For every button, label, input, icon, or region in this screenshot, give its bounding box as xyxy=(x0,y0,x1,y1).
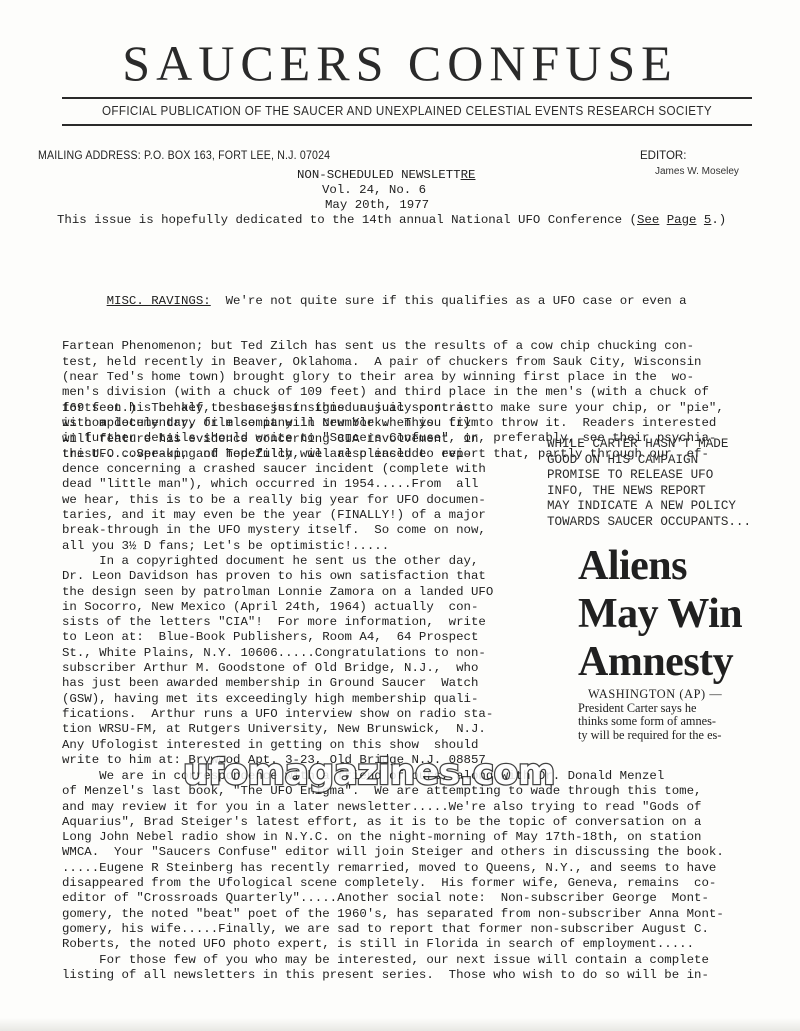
headline-line: Aliens xyxy=(578,542,742,590)
dedication-text: This issue is hopefully dedicated to the… xyxy=(57,213,637,227)
body-line: we hear, this is to be a really big year… xyxy=(62,493,493,508)
clipping-headline: AliensMay WinAmnesty xyxy=(578,542,742,686)
body-line: Aquarius", Brad Steiger's latest effort,… xyxy=(62,815,724,830)
body-line: has just been awarded membership in Grou… xyxy=(62,676,493,691)
body-line: sists of the letters "CIA"! For more inf… xyxy=(62,615,493,630)
clipping-body-line: President Carter says he xyxy=(578,702,738,716)
body-line: (near Ted's home town) brought glory to … xyxy=(62,370,724,385)
body-line: Roberts, the noted UFO photo expert, is … xyxy=(62,937,724,952)
editor-name: James W. Moseley xyxy=(655,166,739,177)
dedication-page: Page xyxy=(667,213,697,227)
clipping-body-line: thinks some form of amnes- xyxy=(578,715,738,729)
sidebar-note-line: GOOD ON HIS CAMPAIGN xyxy=(547,453,751,469)
body-bottom: We are in correspondence with a friend o… xyxy=(62,769,724,983)
body-line: editor of "Crossroads Quarterly".....Ano… xyxy=(62,891,724,906)
clipping-dateline: WASHINGTON (AP) — xyxy=(578,688,738,702)
clipping-body-lines: President Carter says hethinks some form… xyxy=(578,702,738,743)
body-line: break-through in the UFO mystery itself.… xyxy=(62,523,493,538)
body-line: tion WRSU-FM, at Rutgers University, New… xyxy=(62,722,493,737)
body-line: to Leon at: Blue-Book Publishers, Room A… xyxy=(62,630,493,645)
newsletter-label-text: NON-SCHEDULED NEWSLETT xyxy=(297,168,461,182)
sidebar-editorial-note: WHILE CARTER HASN'T MADEGOOD ON HIS CAMP… xyxy=(547,437,751,531)
body-line: the UFO cover-up, and hopefully will als… xyxy=(62,447,493,462)
newsletter-label: NON-SCHEDULED NEWSLETTRE xyxy=(297,168,475,183)
body-line: In a copyrighted document he sent us the… xyxy=(62,554,493,569)
body-line: in Socorro, New Mexico (April 24th, 1964… xyxy=(62,600,493,615)
body-line: Long John Nebel radio show in N.Y.C. on … xyxy=(62,830,724,845)
body-line: fications. Arthur runs a UFO interview s… xyxy=(62,707,493,722)
body-line: will feature his evidence concerning CIA… xyxy=(62,432,493,447)
sidebar-note-line: INFO, THE NEWS REPORT xyxy=(547,484,751,500)
body-line: with a documentary film company in New Y… xyxy=(62,416,493,431)
body-line: .....Eugene R Steinberg has recently rem… xyxy=(62,861,724,876)
clipping-body-line: ty will be required for the es- xyxy=(578,729,738,743)
body-line: We're not quite sure if this qualifies a… xyxy=(211,294,687,308)
body-line: taries, and it may even be the year (FIN… xyxy=(62,508,493,523)
masthead-rule-bottom xyxy=(62,124,752,126)
body-line: disappeared from the Ufological scene co… xyxy=(62,876,724,891)
body-line: and may review it for you in a later new… xyxy=(62,800,724,815)
issue-volume: Vol. 24, No. 6 xyxy=(322,183,426,198)
body-line: Any Ufologist interested in getting on t… xyxy=(62,738,493,753)
body-line: subscriber Arthur M. Goodstone of Old Br… xyxy=(62,661,493,676)
headline-line: Amnesty xyxy=(578,638,742,686)
body-line: (GSW), having met its exceedingly high m… xyxy=(62,692,493,707)
body-first-line: MISC. RAVINGS: We're not quite sure if t… xyxy=(62,294,724,309)
masthead-rule-top xyxy=(62,97,752,99)
clipping-body: WASHINGTON (AP) — President Carter says … xyxy=(578,688,738,742)
body-line: gomery, his wife.....Finally, we are sad… xyxy=(62,922,724,937)
sidebar-note-line: MAY INDICATE A NEW POLICY xyxy=(547,499,751,515)
body-line: dead "little man"), which occurred in 19… xyxy=(62,477,493,492)
editor-label: EDITOR: xyxy=(640,150,686,162)
body-line: forts on his behalf, he has just signed … xyxy=(62,401,493,416)
mailing-address: MAILING ADDRESS: P.O. BOX 163, FORT LEE,… xyxy=(38,150,330,162)
watermark: ufomagazines.com xyxy=(183,752,555,793)
body-line: test, held recently in Beaver, Oklahoma.… xyxy=(62,355,724,370)
body-line: WMCA. Your "Saucers Confuse" editor will… xyxy=(62,845,724,860)
body-line: the design seen by patrolman Lonnie Zamo… xyxy=(62,585,493,600)
sidebar-note-line: PROMISE TO RELEASE UFO xyxy=(547,468,751,484)
sidebar-note-line: WHILE CARTER HASN'T MADE xyxy=(547,437,751,453)
body-narrow-column: forts on his behalf, he has just signed … xyxy=(62,401,493,768)
body-line: For those few of you who may be interest… xyxy=(62,953,724,968)
issue-dedication: This issue is hopefully dedicated to the… xyxy=(57,213,726,228)
newsletter-label-underlined: RE xyxy=(461,168,476,182)
dedication-see: See xyxy=(637,213,659,227)
body-line: Dr. Leon Davidson has proven to his own … xyxy=(62,569,493,584)
body-line: dence concerning a crashed saucer incide… xyxy=(62,462,493,477)
body-line: St., White Plains, N.Y. 10606.....Congra… xyxy=(62,646,493,661)
masthead-subtitle: OFFICIAL PUBLICATION OF THE SAUCER AND U… xyxy=(86,104,728,118)
page-bottom-edge xyxy=(0,1018,800,1031)
section-heading: MISC. RAVINGS: xyxy=(107,294,211,308)
sidebar-note-line: TOWARDS SAUCER OCCUPANTS... xyxy=(547,515,751,531)
dedication-suffix: .) xyxy=(711,213,726,227)
body-line: listing of all newsletters in this prese… xyxy=(62,968,724,983)
body-line: all you 3½ D fans; Let's be optimistic!.… xyxy=(62,539,493,554)
issue-date: May 20th, 1977 xyxy=(325,198,429,213)
headline-line: May Win xyxy=(578,590,742,638)
body-line: Fartean Phenomenon; but Ted Zilch has se… xyxy=(62,339,724,354)
newsletter-page: SAUCERS CONFUSE OFFICIAL PUBLICATION OF … xyxy=(0,0,800,1031)
masthead-title: SAUCERS CONFUSE xyxy=(60,38,740,88)
body-line: gomery, the noted "beat" poet of the 196… xyxy=(62,907,724,922)
body-line: men's division (with a chuck of 109 feet… xyxy=(62,385,724,400)
